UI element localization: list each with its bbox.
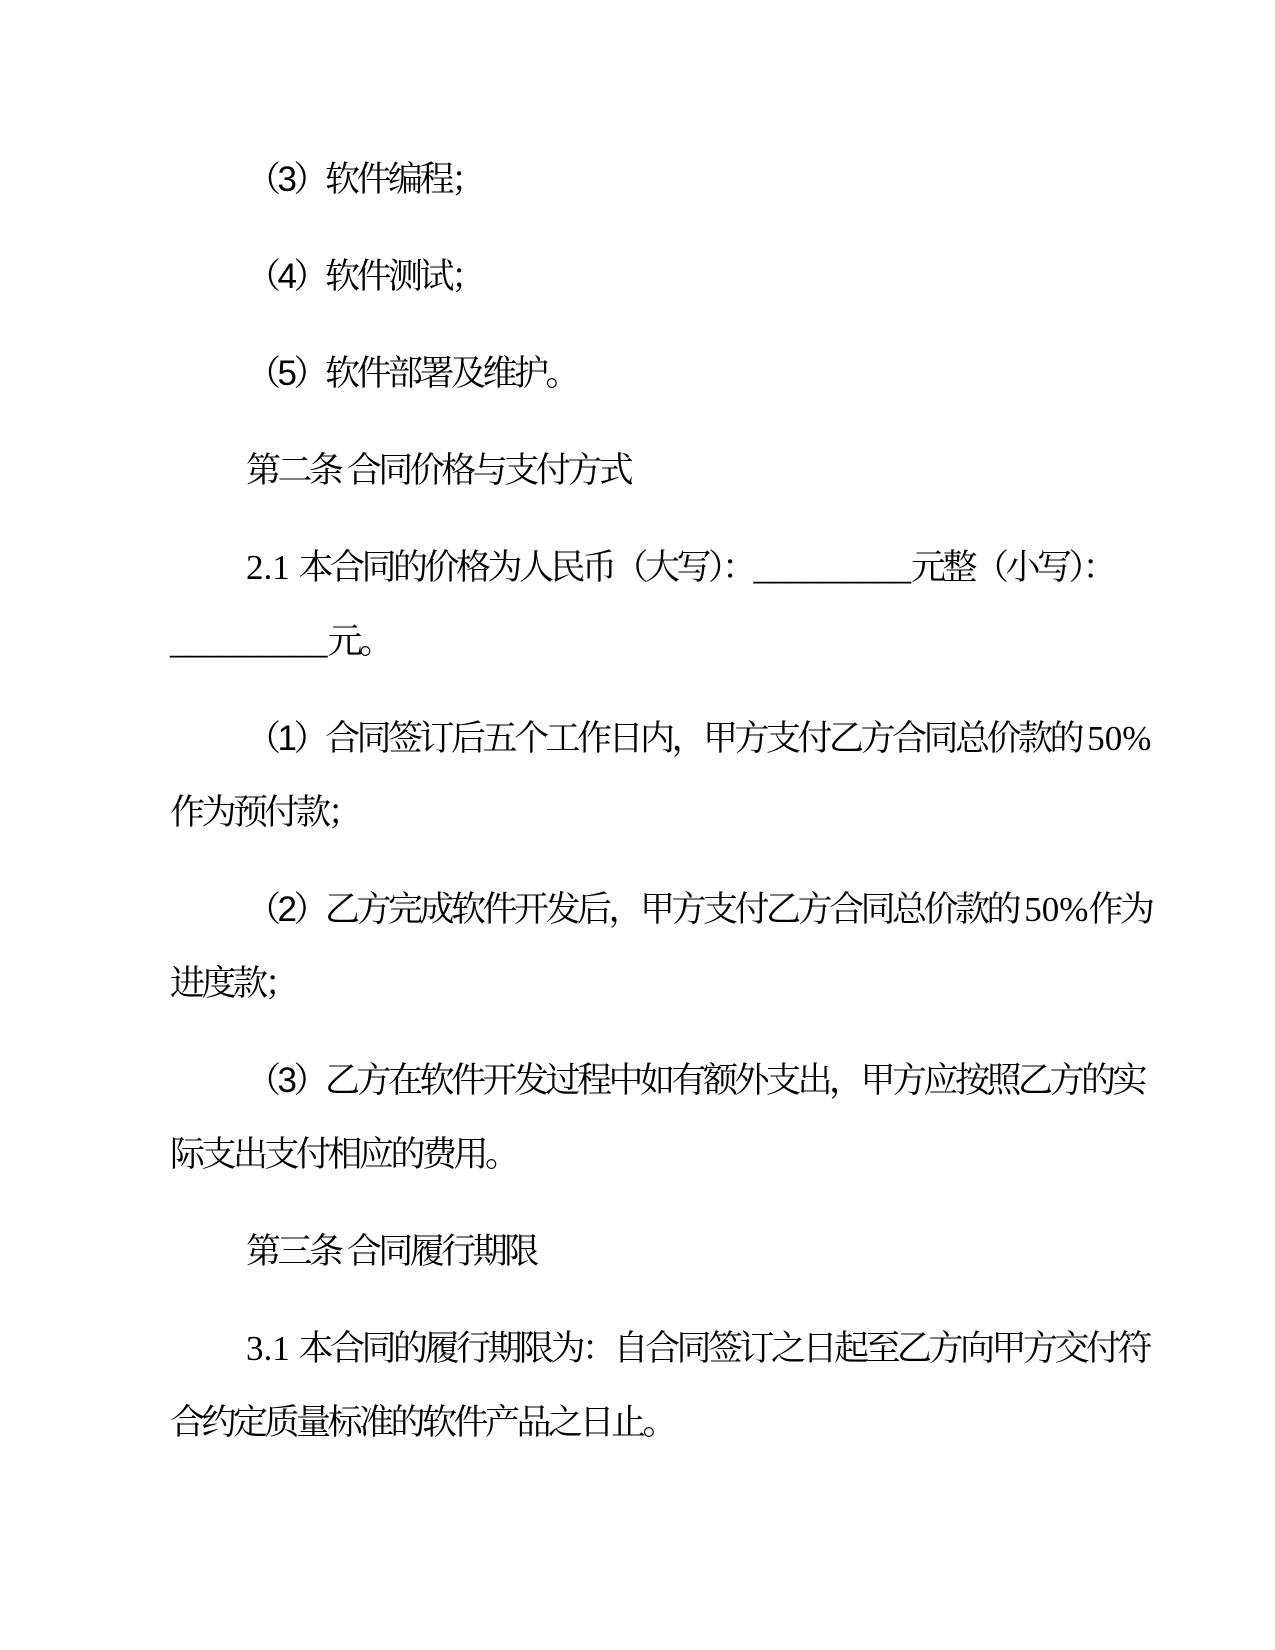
clause-2-1-line-1: 2.1 本合同的价格为人民币（大写）：_________元整（小写）： [170,531,1115,605]
clause-2-1-text: 本合同的价格为人民币（大写）： [299,548,754,587]
clause-2-1-text-3: 元。 [328,622,391,661]
payment-term-1-percentage: 50% [1087,719,1151,758]
payment-term-1-text: （1）合同签订后五个工作日内，甲方支付乙方合同总价款的 [246,719,1087,758]
article-3-heading: 第三条 合同履行期限 [170,1215,1115,1289]
clause-3-1-line-2: 合约定质量标准的软件产品之日止。 [170,1386,1115,1460]
clause-number-3-1: 3.1 [246,1329,299,1368]
clause-3-1-line-1: 3.1 本合同的履行期限为：自合同签订之日起至乙方向甲方交付符 [170,1312,1115,1386]
payment-term-2-line-1: （2）乙方完成软件开发后，甲方支付乙方合同总价款的 50%作为 [170,873,1115,947]
payment-term-2-percentage: 50% [1024,890,1088,929]
clause-number-2-1: 2.1 [246,548,299,587]
clause-item-4: （4）软件测试； [170,240,1115,314]
payment-term-3-text-2: 际支出支付相应的费用。 [170,1135,517,1174]
article-2-heading-text: 第二条 合同价格与支付方式 [246,451,630,490]
payment-term-1-text-2: 作为预付款； [170,793,359,832]
document-page: （3）软件编程； （4）软件测试； （5）软件部署及维护。 第二条 合同价格与支… [0,0,1275,1650]
payment-term-3-text: （3）乙方在软件开发过程中如有额外支出，甲方应按照乙方的实 [246,1061,1144,1100]
payment-term-3-line-2: 际支出支付相应的费用。 [170,1118,1115,1192]
clause-item-5: （5）软件部署及维护。 [170,337,1115,411]
payment-term-1-line-2: 作为预付款； [170,776,1115,850]
amount-in-words-blank: _________ [754,548,912,587]
clause-3-1-text-2: 合约定质量标准的软件产品之日止。 [170,1403,674,1442]
clause-3-1-text: 本合同的履行期限为：自合同签订之日起至乙方向甲方交付符 [299,1329,1150,1368]
clause-2-1-line-2: _________元。 [170,605,1115,679]
article-3-heading-text: 第三条 合同履行期限 [246,1232,536,1271]
payment-term-2-text-2: 作为 [1088,890,1151,929]
payment-term-1-line-1: （1）合同签订后五个工作日内，甲方支付乙方合同总价款的 50% [170,702,1115,776]
clause-item-4-text: （4）软件测试； [246,257,482,296]
clause-item-5-text: （5）软件部署及维护。 [246,354,577,393]
clause-2-1-text-2: 元整（小写）： [911,548,1114,587]
amount-in-figures-blank: _________ [170,622,328,661]
payment-term-2-text: （2）乙方完成软件开发后，甲方支付乙方合同总价款的 [246,890,1024,929]
payment-term-2-line-2: 进度款； [170,947,1115,1021]
clause-item-3: （3）软件编程； [170,143,1115,217]
payment-term-3-line-1: （3）乙方在软件开发过程中如有额外支出，甲方应按照乙方的实 [170,1044,1115,1118]
article-2-heading: 第二条 合同价格与支付方式 [170,434,1115,508]
payment-term-2-text-3: 进度款； [170,964,296,1003]
clause-item-3-text: （3）软件编程； [246,160,482,199]
